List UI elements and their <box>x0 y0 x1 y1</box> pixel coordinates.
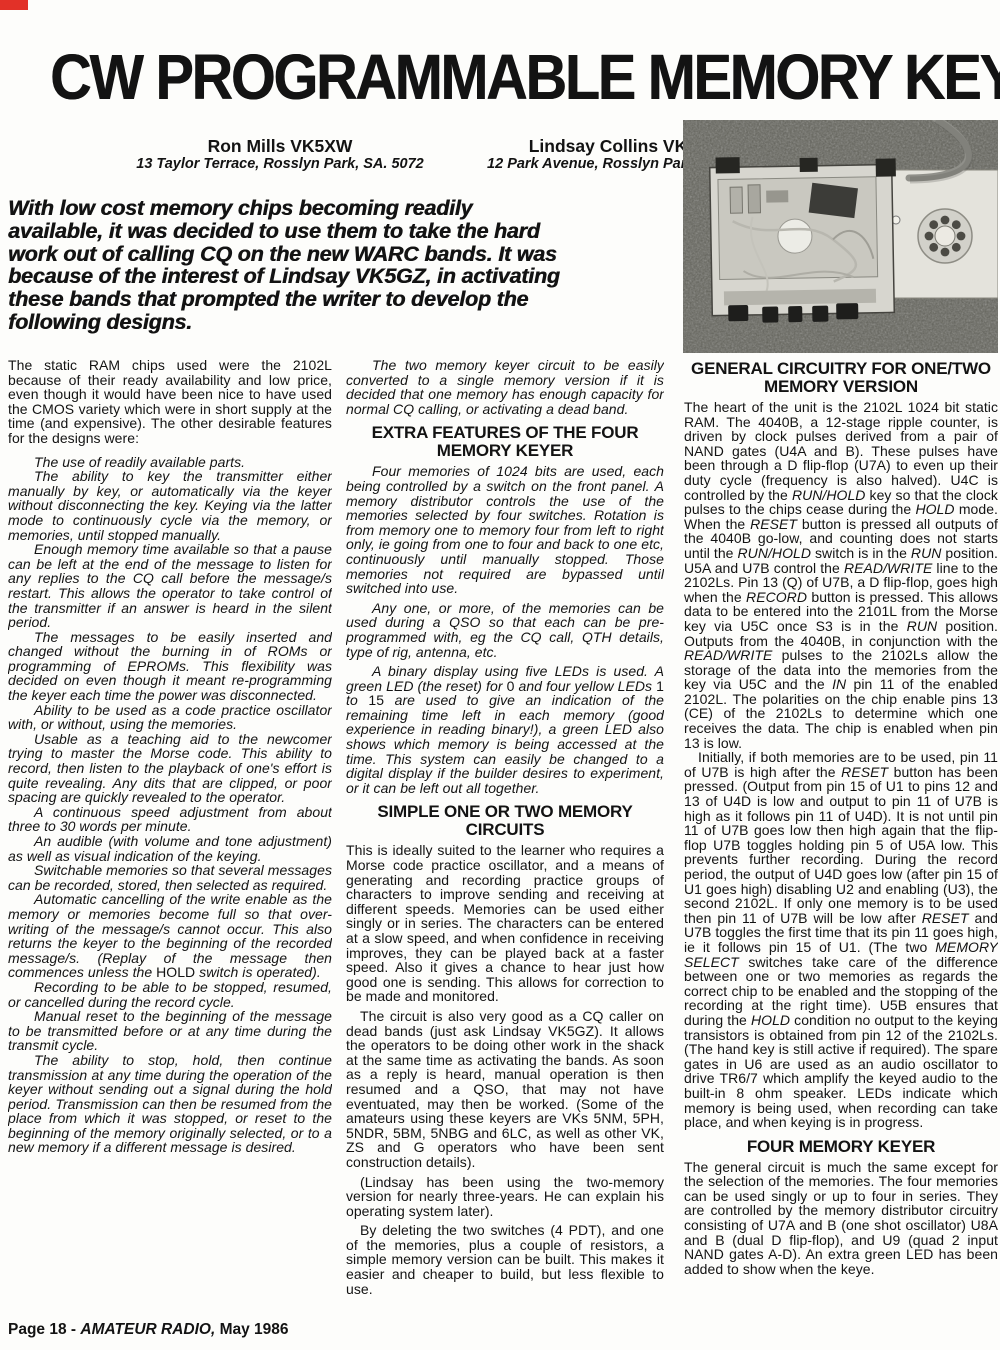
paragraph: Enough memory time available so that a p… <box>8 542 332 630</box>
paragraph: An audible (with volume and tone adjustm… <box>8 834 332 863</box>
paragraph: Recording to be able to be stopped, resu… <box>8 980 332 1009</box>
paragraph: This is ideally suited to the learner wh… <box>346 843 664 1004</box>
column-3: GENERAL CIRCUITRY FOR ONE/TWO MEMORY VER… <box>684 358 998 1320</box>
author-address: 13 Taylor Terrace, Rosslyn Park, SA. 507… <box>80 156 480 173</box>
paragraph: The heart of the unit is the 2102L 1024 … <box>684 400 998 750</box>
lede-paragraph: With low cost memory chips becoming read… <box>8 197 656 334</box>
paragraph: Switchable memories so that several mess… <box>8 863 332 892</box>
red-corner-mark <box>0 0 28 10</box>
paragraph: A continuous speed adjustment from about… <box>8 805 332 834</box>
byline-ron-mills: Ron Mills VK5XW 13 Taylor Terrace, Rossl… <box>80 137 480 173</box>
paragraph: Usable as a teaching aid to the newcomer… <box>8 732 332 805</box>
keyer-photo-image <box>683 120 998 353</box>
speaker <box>918 209 972 263</box>
paragraph: By deleting the two switches (4 PDT), an… <box>346 1223 664 1296</box>
paragraph: Any one, or more, of the memories can be… <box>346 601 664 659</box>
paragraph: Automatic cancelling of the write enable… <box>8 892 332 980</box>
footer-magazine-name: AMATEUR RADIO, <box>80 1321 215 1338</box>
section-heading: SIMPLE ONE OR TWO MEMORY CIRCUITS <box>346 803 664 839</box>
footer-date: May 1986 <box>215 1321 288 1338</box>
paragraph: Four memories of 1024 bits are used, eac… <box>346 464 664 595</box>
paragraph: The two memory keyer circuit to be easil… <box>346 358 664 416</box>
keyer-photo <box>683 120 998 353</box>
paragraph: A binary display using five LEDs is used… <box>346 664 664 795</box>
paragraph: (Lindsay has been using the two-memory v… <box>346 1175 664 1219</box>
page-footer: Page 18 - AMATEUR RADIO, May 1986 <box>8 1321 289 1339</box>
paragraph: The ability to key the transmitter eithe… <box>8 469 332 542</box>
column-1: The static RAM chips used were the 2102L… <box>8 358 332 1320</box>
paragraph: Manual reset to the beginning of the mes… <box>8 1009 332 1053</box>
paragraph: The static RAM chips used were the 2102L… <box>8 358 332 446</box>
paragraph: The general circuit is much the same exc… <box>684 1160 998 1277</box>
column-2: The two memory keyer circuit to be easil… <box>346 358 664 1320</box>
paragraph: The use of readily available parts. <box>8 455 332 470</box>
paragraph: Initially, if both memories are to be us… <box>684 750 998 1129</box>
page-title: CW PROGRAMMABLE MEMORY KEYERS <box>50 40 950 114</box>
paragraph: The ability to stop, hold, then continue… <box>8 1053 332 1155</box>
paragraph: The circuit is also very good as a CQ ca… <box>346 1009 664 1170</box>
section-heading: FOUR MEMORY KEYER <box>684 1138 998 1156</box>
section-heading: GENERAL CIRCUITRY FOR ONE/TWO MEMORY VER… <box>684 360 998 396</box>
paragraph: The messages to be easily inserted and c… <box>8 630 332 703</box>
section-heading: EXTRA FEATURES OF THE FOUR MEMORY KEYER <box>346 424 664 460</box>
footer-page-number: Page 18 - <box>8 1321 80 1338</box>
paragraph: Ability to be used as a code practice os… <box>8 703 332 732</box>
author-name: Ron Mills VK5XW <box>80 137 480 156</box>
